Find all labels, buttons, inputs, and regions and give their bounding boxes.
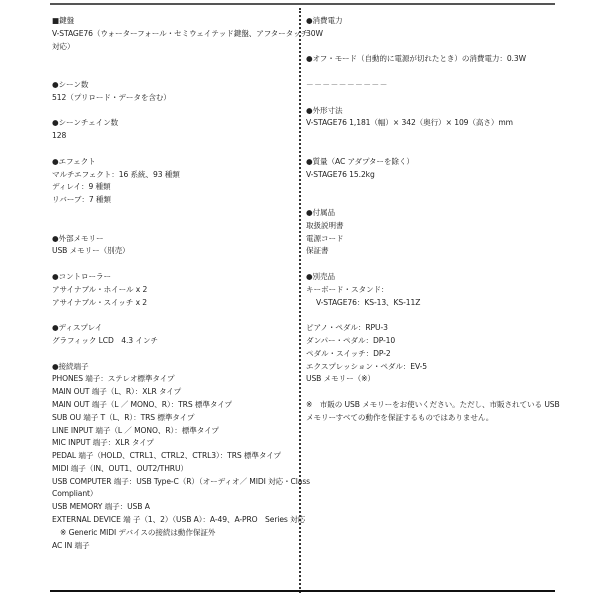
top-rule	[50, 3, 555, 5]
spec-line: 電源コード	[306, 233, 586, 246]
section-heading: ●オフ・モード（自動的に電源が切れたとき）の消費電力：0.3W	[306, 53, 586, 66]
section-heading: ●付属品	[306, 207, 586, 220]
spec-line: Compliant）	[52, 488, 297, 501]
section-scenes: ●シーン数 512（プリロード・データを含む）	[52, 79, 297, 105]
section-heading: ●エフェクト	[52, 156, 297, 169]
spec-line: LINE INPUT 端子（L ／ MONO、R）：標準タイプ	[52, 425, 297, 438]
section-weight: ●質量（AC アダプターを除く） V-STAGE76 15.2kg	[306, 156, 586, 182]
spec-line: エクスプレッション・ペダル：EV-5	[306, 361, 586, 374]
section-heading: ●質量（AC アダプターを除く）	[306, 156, 586, 169]
spec-line: マルチエフェクト：16 系統、93 種類	[52, 169, 297, 182]
section-off-mode: ●オフ・モード（自動的に電源が切れたとき）の消費電力：0.3W	[306, 53, 586, 66]
spec-line: V-STAGE76 15.2kg	[306, 169, 586, 182]
spec-line: ペダル・スイッチ：DP-2	[306, 348, 586, 361]
section-dimensions: ●外形寸法 V-STAGE76 1,181（幅）× 342（奥行）× 109（高…	[306, 105, 586, 131]
section-external-memory: ●外部メモリー USB メモリー（別売）	[52, 233, 297, 259]
bottom-rule	[50, 590, 555, 592]
spec-line: MAIN OUT 端子（L、R）：XLR タイプ	[52, 386, 297, 399]
section-display: ●ディスプレイ グラフィック LCD 4.3 インチ	[52, 322, 297, 348]
spec-line: PHONES 端子：ステレオ標準タイプ	[52, 373, 297, 386]
spec-line: キーボード・スタンド：	[306, 284, 586, 297]
spec-line: MIDI 端子（IN、OUT1、OUT2/THRU）	[52, 463, 297, 476]
spec-line: AC IN 端子	[52, 540, 297, 553]
section-keyboard: ■鍵盤 V-STAGE76（ウォーターフォール・セミウェイテッド鍵盤、アフタータ…	[52, 15, 297, 53]
section-controllers: ●コントローラー アサイナブル・ホイール x 2 アサイナブル・スイッチ x 2	[52, 271, 297, 309]
section-heading: ●別売品	[306, 271, 586, 284]
spec-line: V-STAGE76：KS-13、KS-11Z	[306, 297, 586, 310]
spec-column-right: ●消費電力 30W ●オフ・モード（自動的に電源が切れたとき）の消費電力：0.3…	[306, 15, 586, 425]
spec-line: USB メモリー（※）	[306, 373, 586, 386]
spec-note: ※ Generic MIDI デバイスの接続は動作保証外	[52, 527, 297, 540]
spec-note: ※ 市販の USB メモリーをお使いください。ただし、市販されている USB	[306, 399, 586, 412]
spec-note: メモリーすべての動作を保証するものではありません。	[306, 412, 586, 425]
section-heading: ●コントローラー	[52, 271, 297, 284]
spec-line: 30W	[306, 28, 586, 41]
spec-line: SUB OU 端子 T（L、R）：TRS 標準タイプ	[52, 412, 297, 425]
spec-line: EXTERNAL DEVICE 端 子（1、2）（USB A）：A-49、A-P…	[52, 514, 297, 527]
section-options: ●別売品 キーボード・スタンド： V-STAGE76：KS-13、KS-11Z …	[306, 271, 586, 425]
section-scene-chain: ●シーンチェイン数 128	[52, 117, 297, 143]
spec-line: 取扱説明書	[306, 220, 586, 233]
section-connectors: ●接続端子 PHONES 端子：ステレオ標準タイプ MAIN OUT 端子（L、…	[52, 361, 297, 553]
spec-line: USB MEMORY 端子：USB A	[52, 501, 297, 514]
spec-line: USB メモリー（別売）	[52, 245, 297, 258]
section-heading: ●シーンチェイン数	[52, 117, 297, 130]
spec-line: 対応）	[52, 41, 297, 54]
section-heading: ●接続端子	[52, 361, 297, 374]
spec-line: 512（プリロード・データを含む）	[52, 92, 297, 105]
spec-line: アサイナブル・ホイール x 2	[52, 284, 297, 297]
section-heading: ●ディスプレイ	[52, 322, 297, 335]
spec-line: 保証書	[306, 245, 586, 258]
spec-line: V-STAGE76 1,181（幅）× 342（奥行）× 109（高さ）mm	[306, 117, 586, 130]
section-power: ●消費電力 30W	[306, 15, 586, 41]
spec-line: V-STAGE76（ウォーターフォール・セミウェイテッド鍵盤、アフタータッチ	[52, 28, 297, 41]
section-effects: ●エフェクト マルチエフェクト：16 系統、93 種類 ディレイ：9 種類 リバ…	[52, 156, 297, 207]
spec-line: ピアノ・ペダル：RPU-3	[306, 322, 586, 335]
section-accessories: ●付属品 取扱説明書 電源コード 保証書	[306, 207, 586, 258]
spec-line: ディレイ：9 種類	[52, 181, 297, 194]
spec-line: グラフィック LCD 4.3 インチ	[52, 335, 297, 348]
spec-line: PEDAL 端子（HOLD、CTRL1、CTRL2、CTRL3）：TRS 標準タ…	[52, 450, 297, 463]
spec-column-left: ■鍵盤 V-STAGE76（ウォーターフォール・セミウェイテッド鍵盤、アフタータ…	[52, 15, 297, 552]
spec-line: リバーブ：7 種類	[52, 194, 297, 207]
section-heading: ●シーン数	[52, 79, 297, 92]
spec-line: 128	[52, 130, 297, 143]
spec-line: ダンパー・ペダル：DP-10	[306, 335, 586, 348]
section-heading: ●消費電力	[306, 15, 586, 28]
spec-line: MIC INPUT 端子：XLR タイプ	[52, 437, 297, 450]
spec-line: アサイナブル・スイッチ x 2	[52, 297, 297, 310]
section-heading: ●外部メモリー	[52, 233, 297, 246]
column-divider	[299, 8, 301, 593]
separator-dashes: －－－－－－－－－－	[306, 79, 586, 92]
spec-line: USB COMPUTER 端子：USB Type-C（R）（オーディオ／ MID…	[52, 476, 297, 489]
section-heading: ●外形寸法	[306, 105, 586, 118]
section-heading: ■鍵盤	[52, 15, 297, 28]
spec-line: MAIN OUT 端子（L ／ MONO、R）：TRS 標準タイプ	[52, 399, 297, 412]
